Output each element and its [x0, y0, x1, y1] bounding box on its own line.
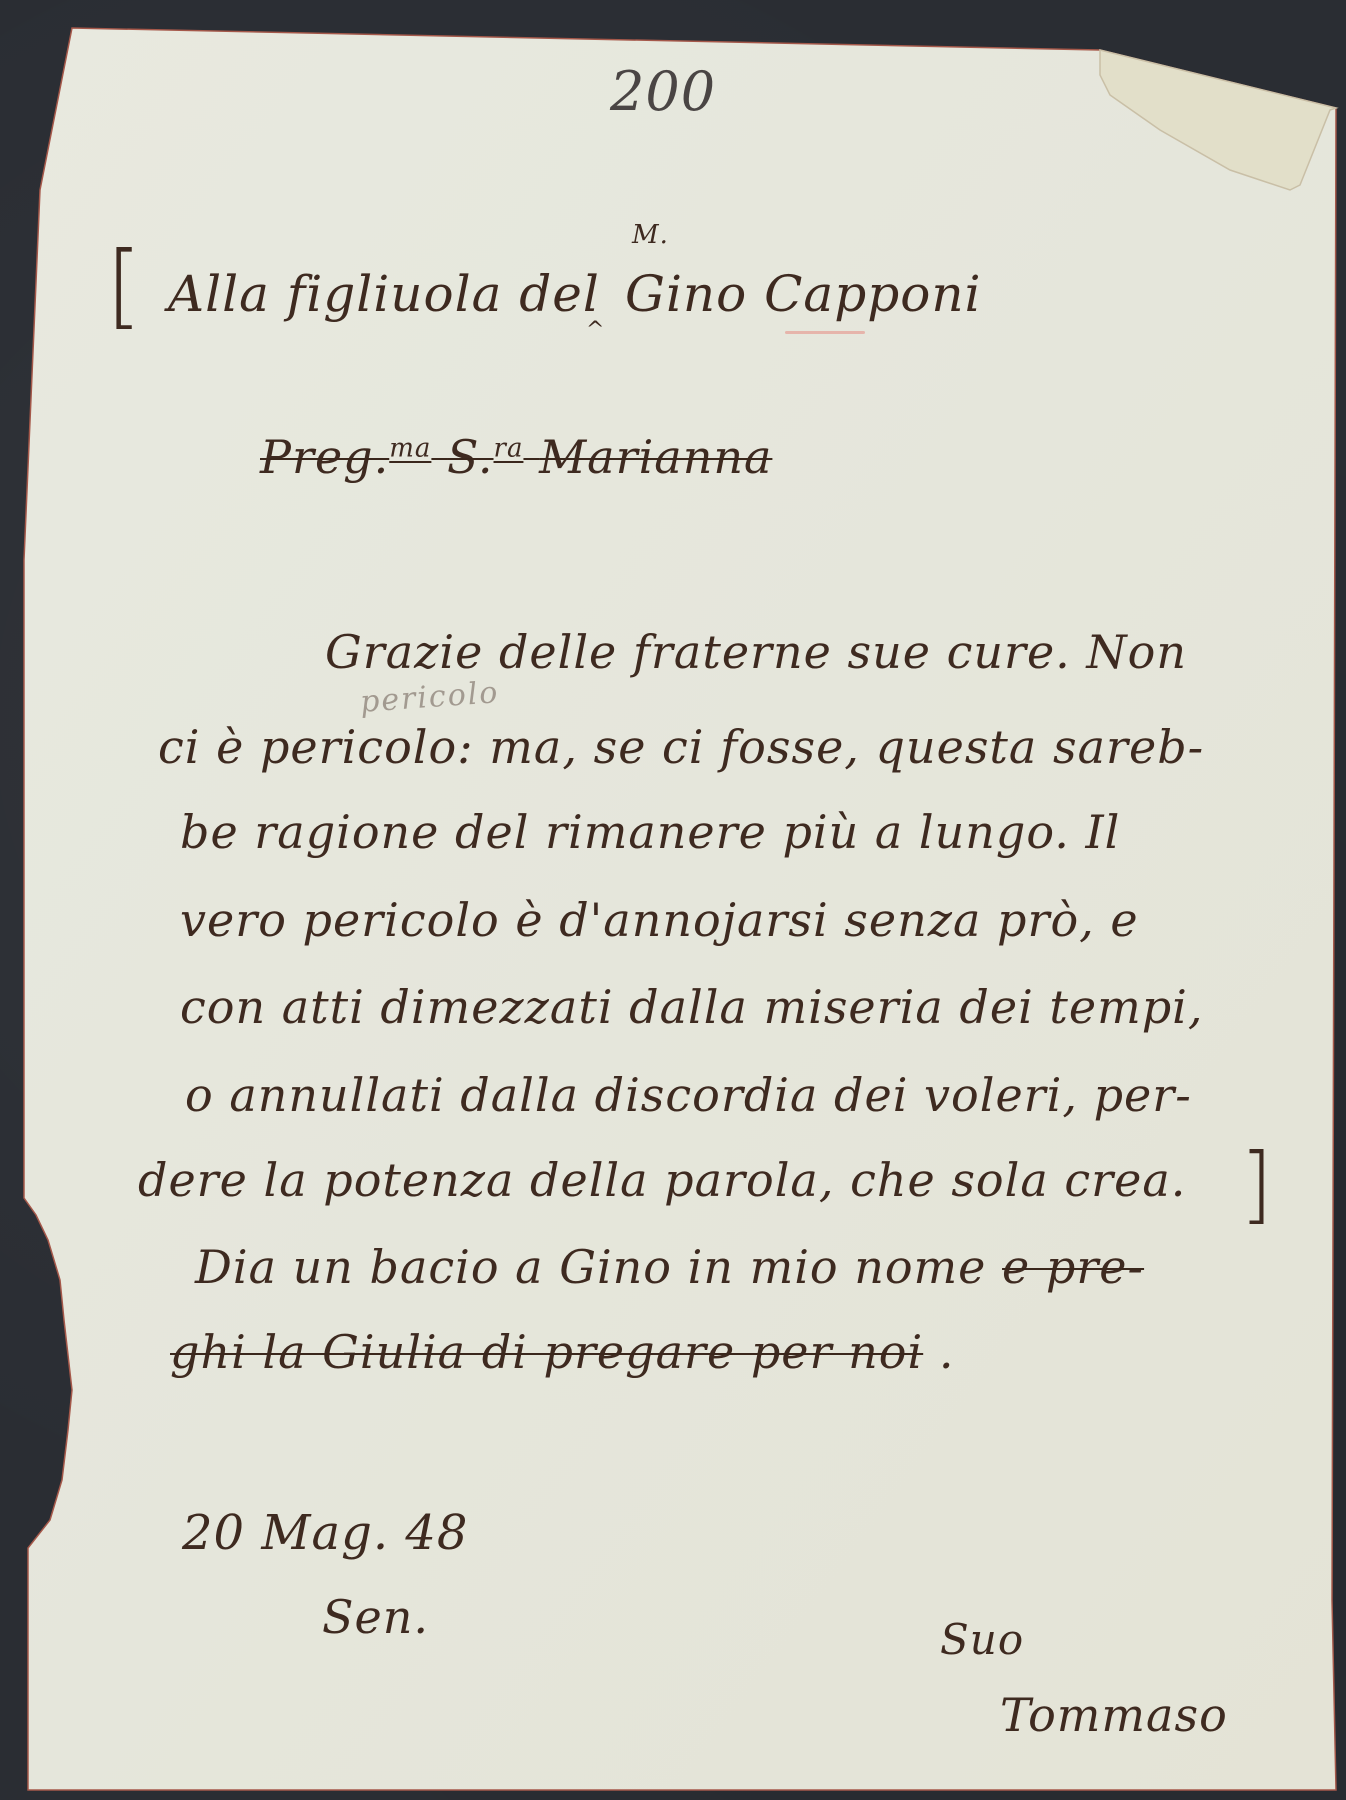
- body-line-1: Grazie delle fraterne sue cure. Non: [325, 625, 1187, 679]
- heading-text: Alla figliuola del: [168, 265, 600, 323]
- salutation-abbrev: S.: [447, 430, 494, 484]
- close-bracket: ]: [1240, 1135, 1274, 1233]
- struck-line-period: .: [939, 1325, 955, 1379]
- body-line-5: con atti dimezzati dalla miseria dei tem…: [180, 980, 1204, 1034]
- body-line-3: be ragione del rimanere più a lungo. Il: [180, 805, 1120, 859]
- body-line-7: dere la potenza della parola, che sola c…: [138, 1153, 1186, 1207]
- folio-number: 200: [610, 60, 716, 123]
- body-line-6: o annullati dalla discordia dei voleri, …: [185, 1068, 1192, 1122]
- struck-line-text: ghi la Giulia di pregare per noi: [170, 1325, 923, 1379]
- signature: Tommaso: [1000, 1688, 1228, 1742]
- salutation-abbrev-sup: ra: [494, 434, 524, 464]
- body-line-4: vero pericolo è d'annojarsi senza prò, e: [180, 893, 1139, 947]
- closing-word: Suo: [940, 1615, 1024, 1664]
- letter-place: Sen.: [322, 1590, 429, 1644]
- salutation-title: Preg.: [260, 430, 389, 484]
- heading-superscript: M.: [632, 220, 669, 250]
- heading-name: Gino Capponi: [625, 265, 982, 323]
- letter-sheet: 200 [ Alla figliuola del M. ^ Gino Cappo…: [0, 0, 1346, 1800]
- heading-prefix: Alla figliuola del: [168, 265, 600, 323]
- struck-line: ghi la Giulia di pregare per noi .: [170, 1325, 954, 1379]
- letter-date: 20 Mag. 48: [182, 1505, 468, 1561]
- salutation-struck: Preg.ma S.ra Marianna: [260, 430, 772, 484]
- closing-sentence-text: Dia un bacio a Gino in mio nome: [195, 1240, 986, 1294]
- salutation-title-sup: ma: [389, 434, 431, 464]
- body-line-2: ci è pericolo: ma, se ci fosse, questa s…: [158, 720, 1204, 774]
- closing-sentence-struck-tail: e pre-: [1002, 1240, 1144, 1294]
- closing-sentence: Dia un bacio a Gino in mio nome e pre-: [195, 1240, 1144, 1294]
- salutation-name: Marianna: [539, 430, 772, 484]
- red-pencil-mark: [785, 331, 865, 334]
- insertion-caret: ^: [586, 318, 605, 343]
- open-bracket: [: [106, 232, 143, 339]
